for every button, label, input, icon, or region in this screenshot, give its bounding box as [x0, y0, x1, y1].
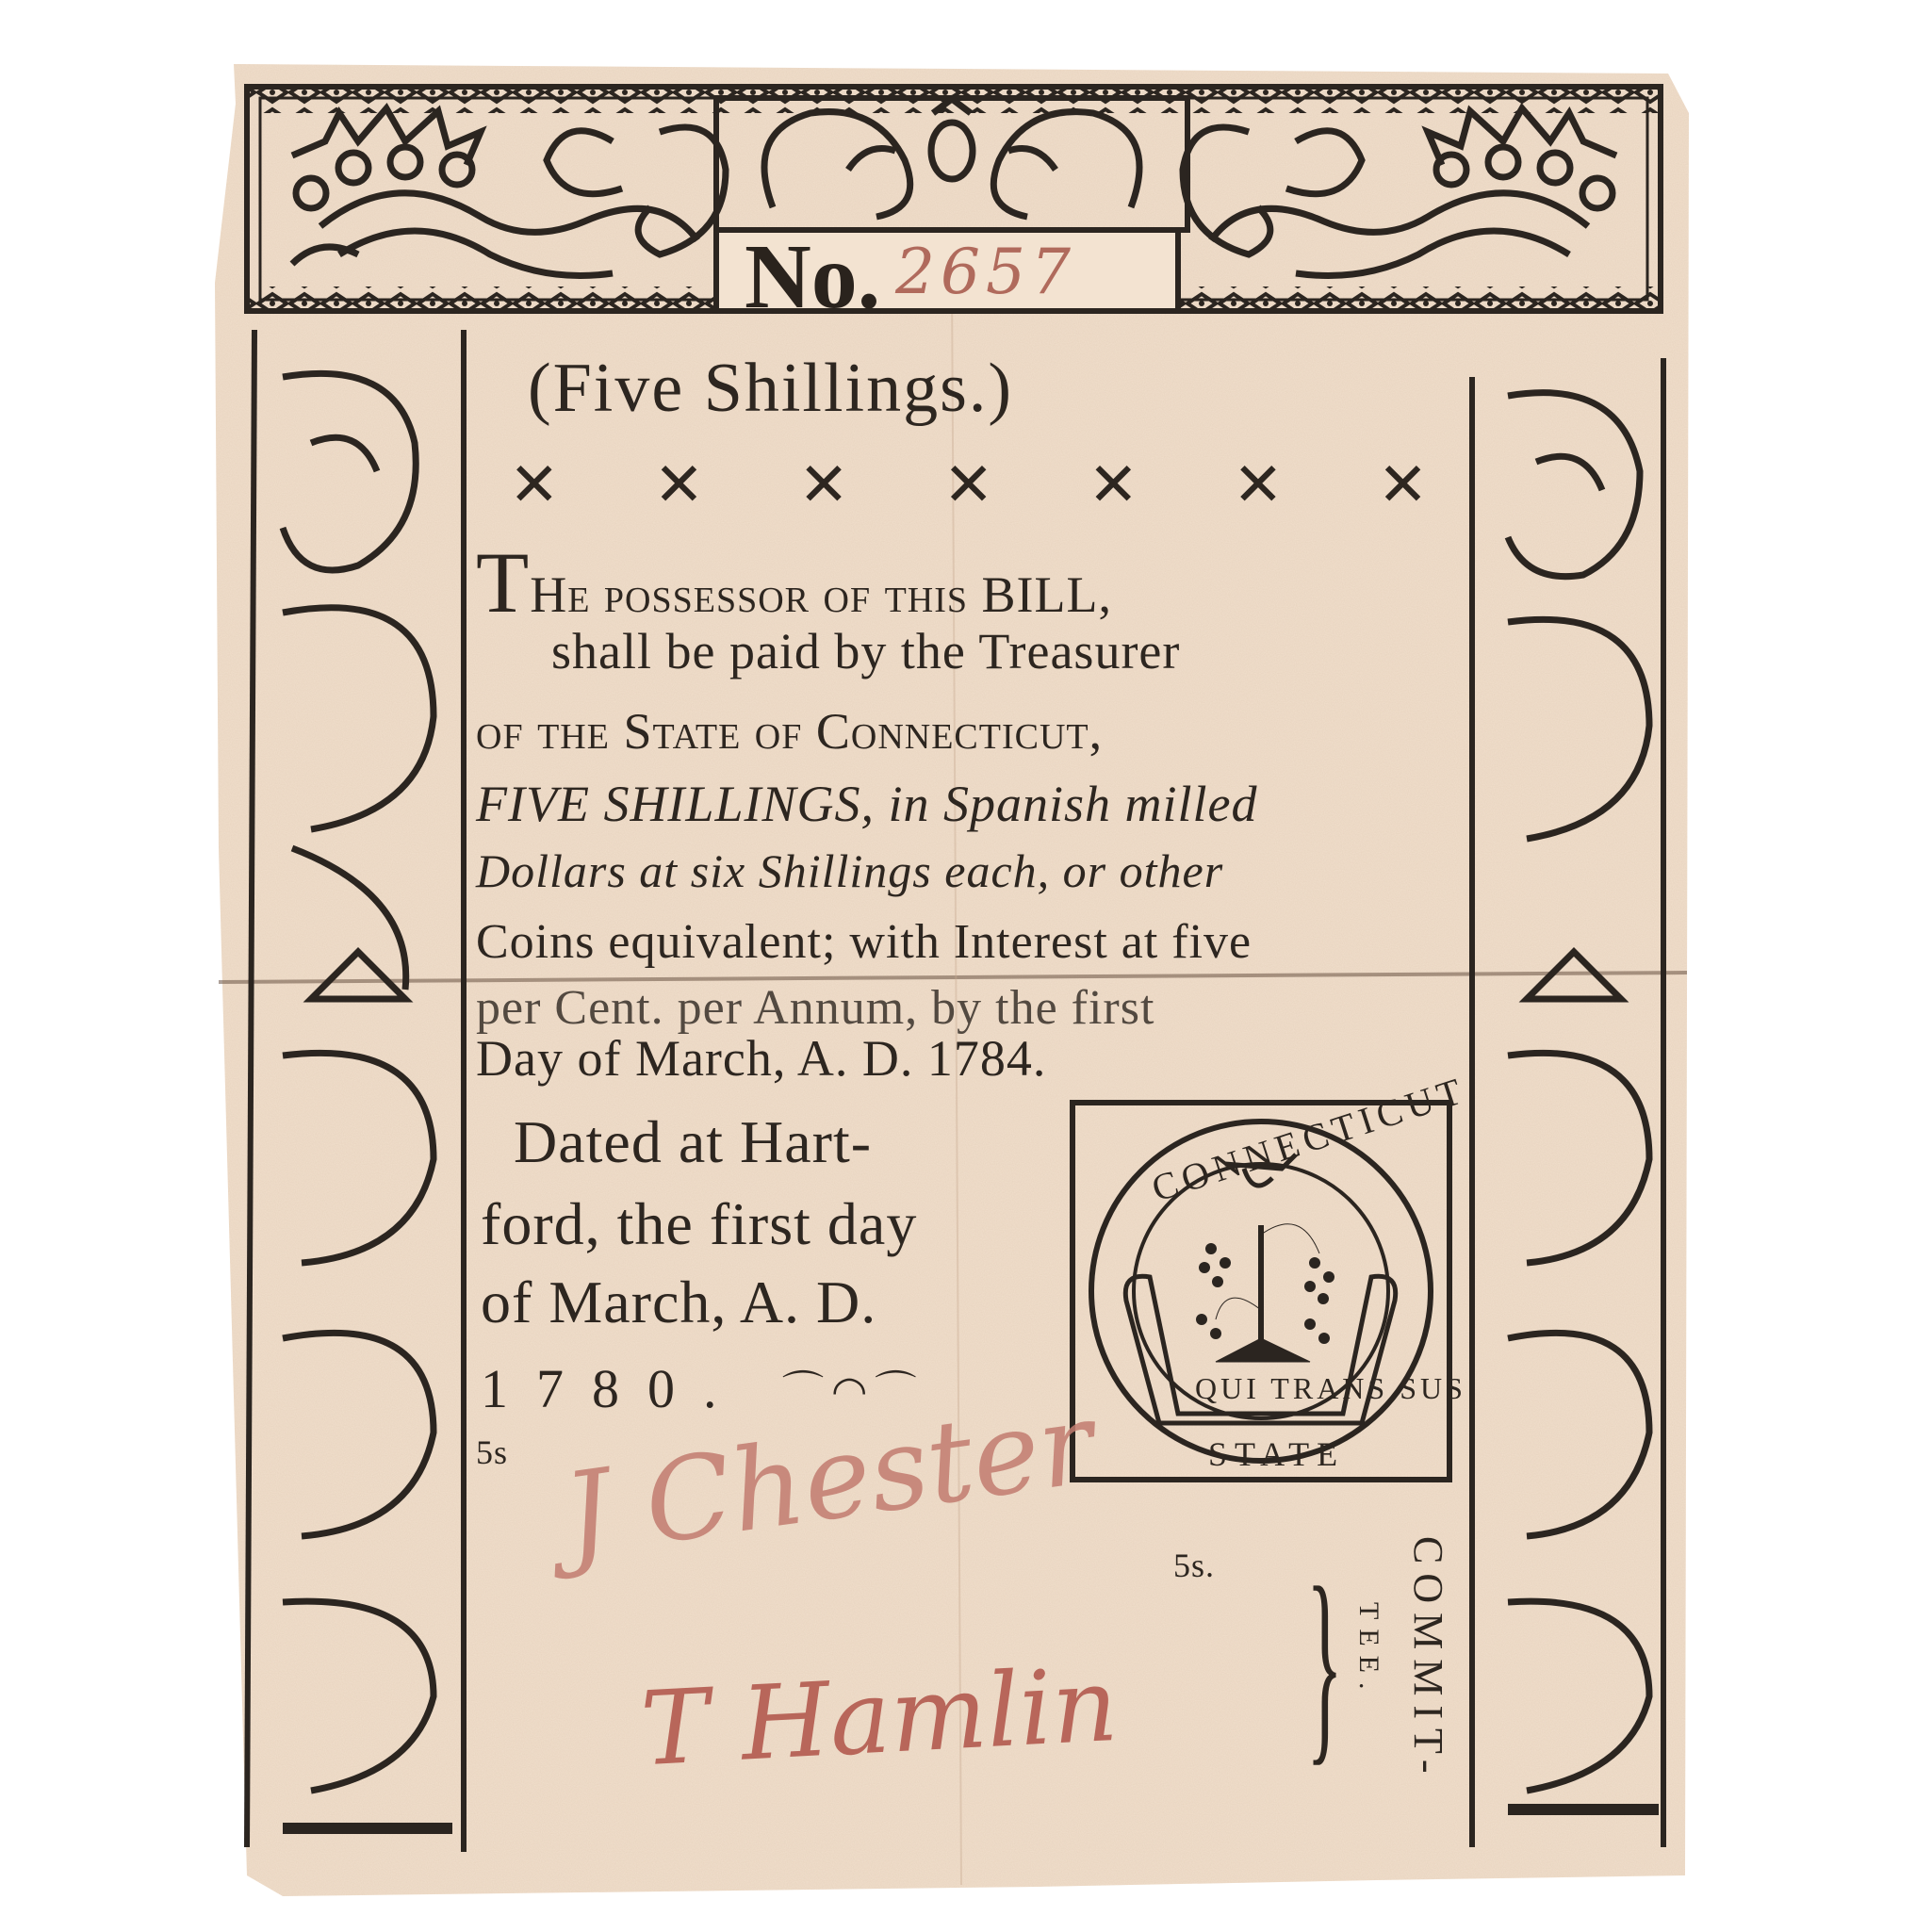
body-line-6: Coins equivalent; with Interest at five [476, 914, 1252, 970]
denomination-title: (Five Shillings.) [528, 349, 1013, 429]
cross-marks-row: ✕ ✕ ✕ ✕ ✕ ✕ ✕ [509, 450, 1467, 520]
body-line-1: THe possessor of this BILL, [476, 539, 1112, 626]
body-line-3: of the State of Connecticut, [476, 702, 1103, 761]
banknote: No. 2657 (Five Shillings.) ✕ ✕ ✕ ✕ ✕ ✕ ✕… [0, 0, 1932, 1932]
dated-year: 1780. [481, 1357, 745, 1420]
body-line-2: shall be paid by the Treasurer [551, 622, 1180, 680]
body-line-4-rest: in Spanish milled [875, 776, 1258, 832]
dated-line-2: ford, the first day [481, 1189, 917, 1259]
seal-bottom-text: STATE [1208, 1434, 1345, 1474]
dated-line-1: Dated at Hart- [514, 1107, 872, 1177]
denomination-mark-left: 5s [476, 1433, 508, 1472]
body-line-5: Dollars at six Shillings each, or other [476, 843, 1223, 898]
body-line-1-text: He possessor of this BILL, [530, 566, 1112, 623]
signature-hamlin: T Hamlin [638, 1646, 1121, 1789]
committee-label-1: COMMIT- [1404, 1536, 1452, 1783]
committee-label-2: TEE. [1352, 1602, 1384, 1698]
denomination-mark-right: 5s. [1173, 1546, 1215, 1585]
committee-brace: } [1306, 1555, 1343, 1772]
serial-number-value: 2657 [895, 236, 1076, 308]
dated-line-3: of March, A. D. [481, 1268, 876, 1337]
body-line-4: FIVE SHILLINGS, in Spanish milled [476, 775, 1257, 833]
serial-number-label: No. [745, 224, 880, 330]
drop-cap: T [476, 534, 530, 630]
body-line-7: per Cent. per Annum, by the first [476, 980, 1154, 1036]
body-line-4-caps: FIVE SHILLINGS, [476, 776, 875, 832]
body-line-8: Day of March, A. D. 1784. [476, 1029, 1046, 1088]
seal-top-text: CONNECTICUT [1146, 1067, 1472, 1210]
seal-ribbon-text: QUI TRANS SUS [1195, 1371, 1466, 1406]
